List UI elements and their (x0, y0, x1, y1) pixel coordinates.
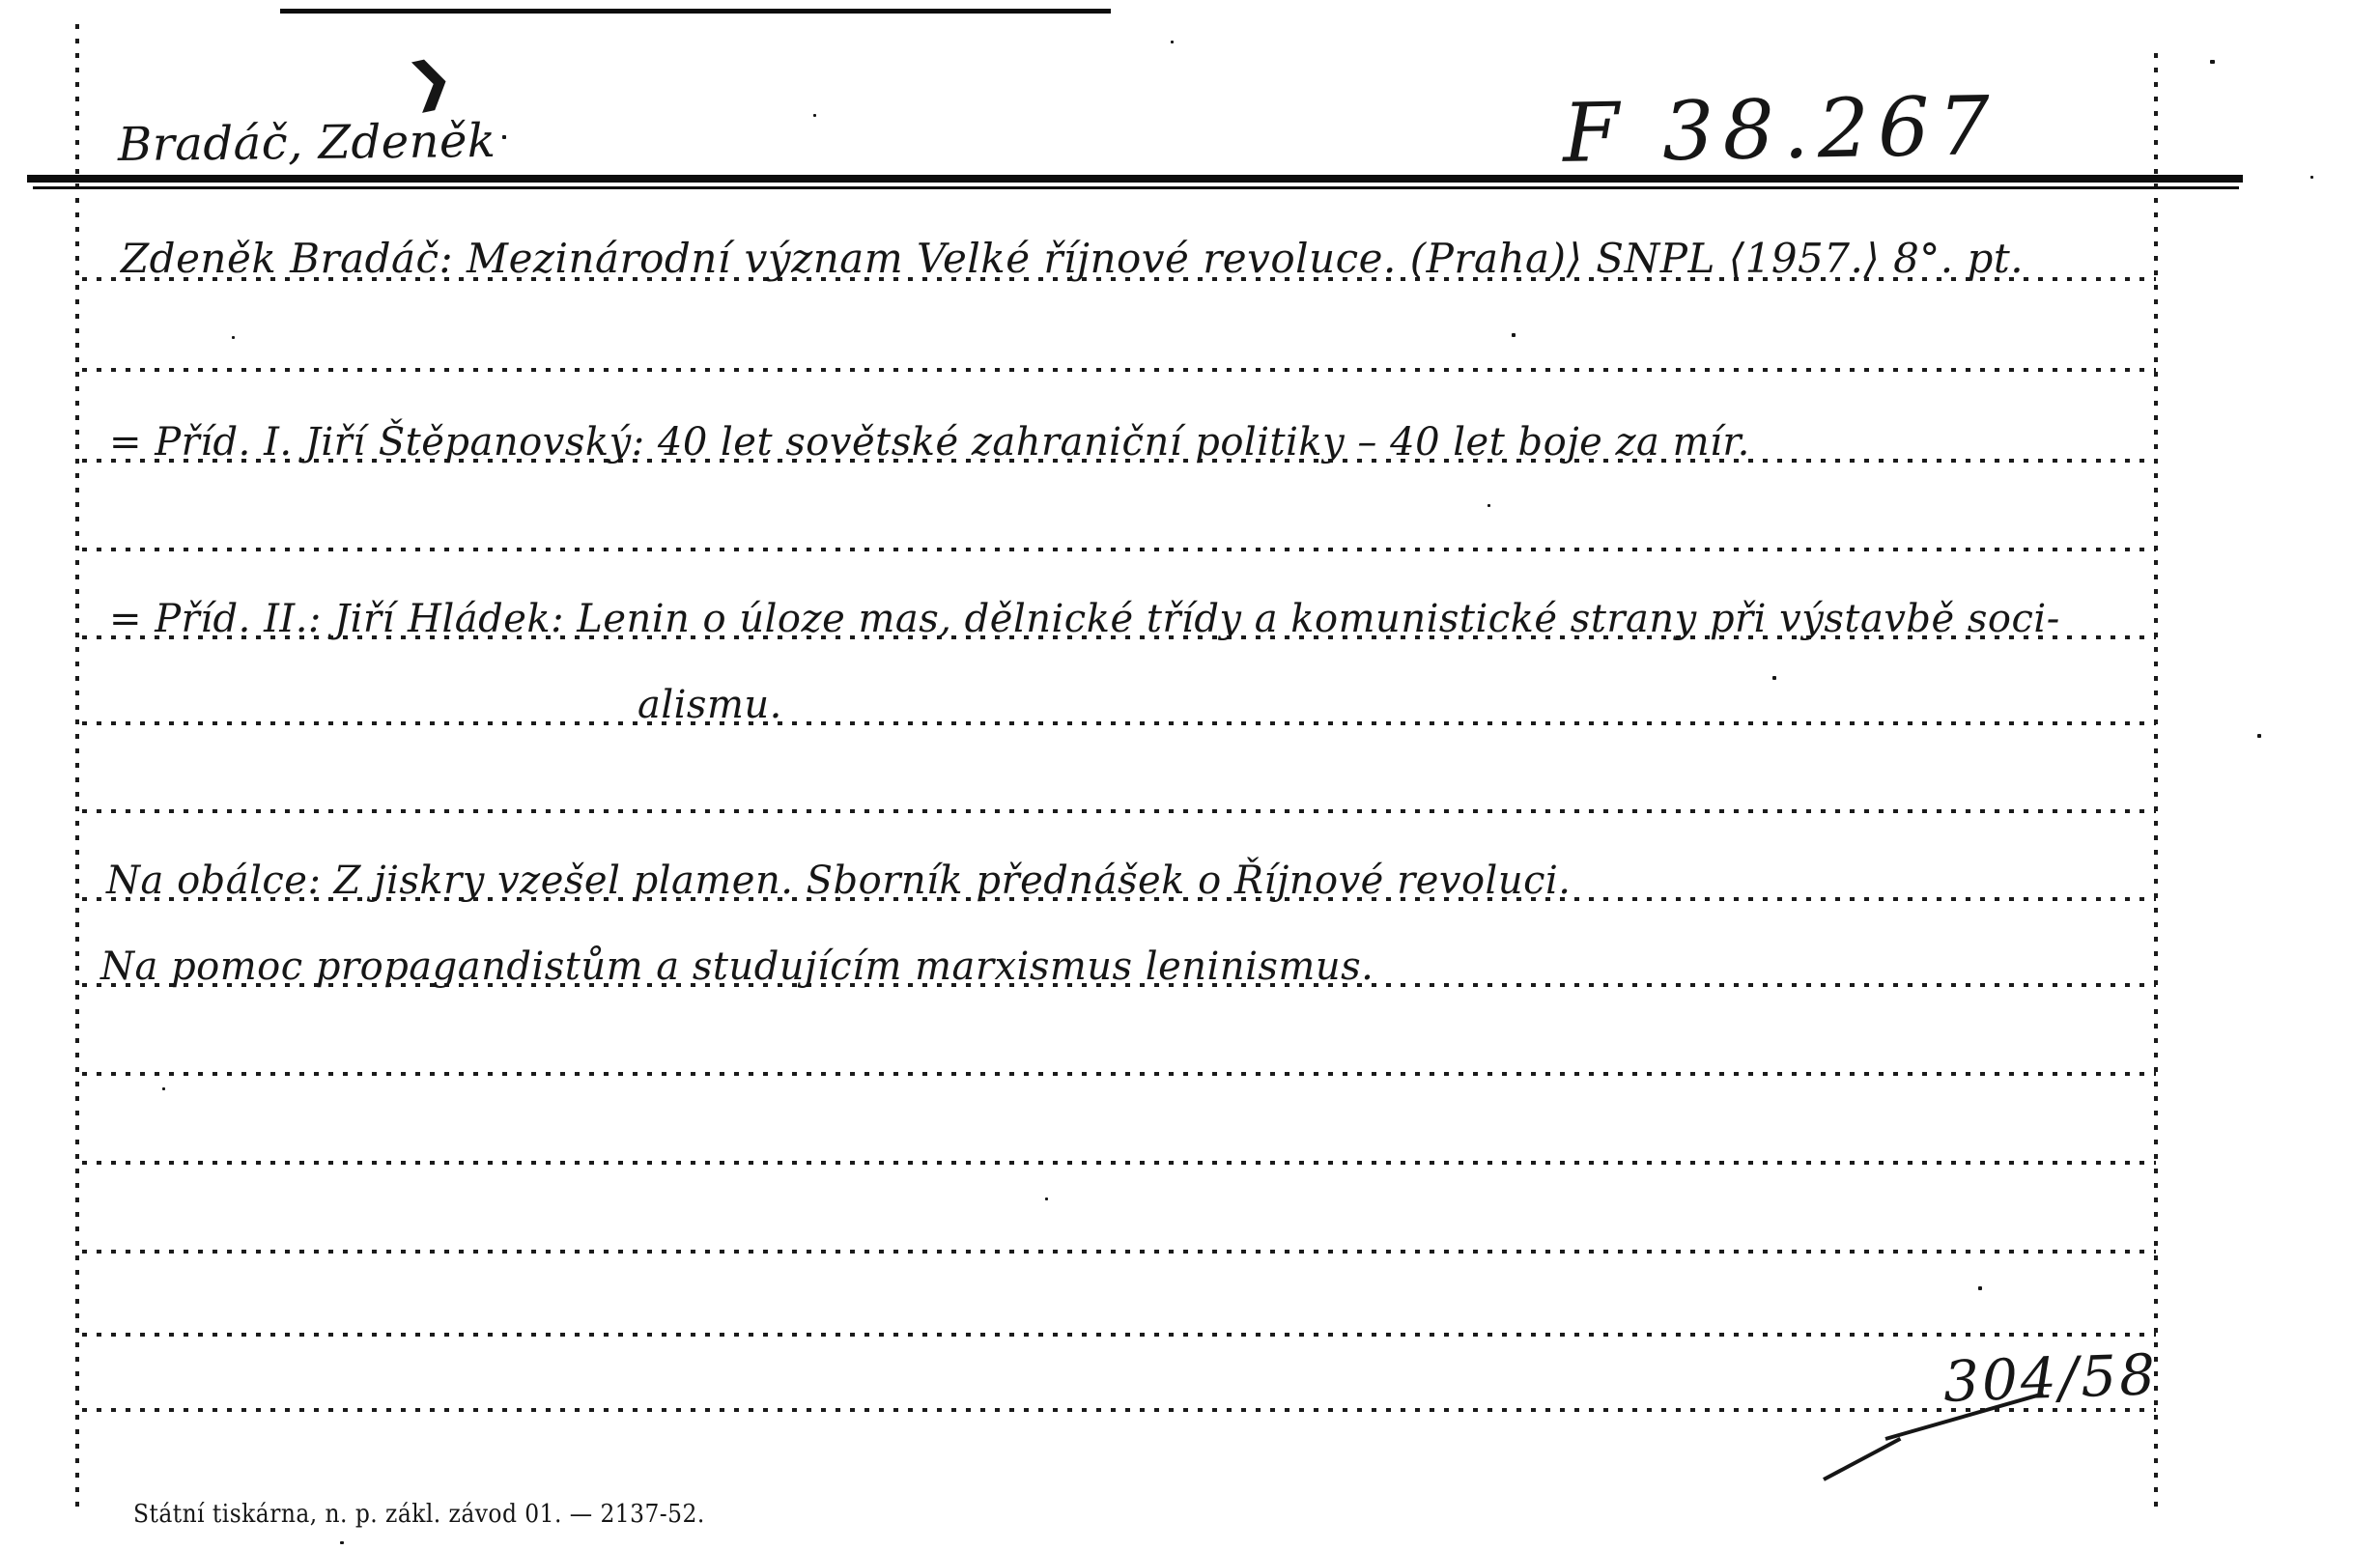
series-note-line: Na pomoc propagandistům a studujícím mar… (100, 947, 1374, 986)
scan-speck (340, 1541, 344, 1544)
accession-underline-flourish (1823, 1437, 1901, 1481)
scan-speck (162, 1087, 165, 1090)
ruled-line (82, 1161, 2156, 1165)
scan-speck (2310, 176, 2313, 179)
cover-note-line: Na obálce: Z jiskry vzešel plamen. Sborn… (106, 861, 1572, 900)
ruled-line (82, 1408, 2156, 1412)
header-rule-thick (27, 175, 2243, 183)
scan-speck (1772, 676, 1776, 680)
printer-imprint: Státní tiskárna, n. p. zákl. závod 01. —… (133, 1500, 705, 1529)
scan-speck (502, 135, 506, 139)
call-number: F 38.267 (1562, 85, 1998, 174)
accession-number: 304/58 (1942, 1346, 2159, 1410)
scan-speck (1487, 504, 1490, 507)
title-line: Zdeněk Bradáč: Mezinárodní význam Velké … (121, 239, 2024, 279)
supplement-2-line: = Příd. II.: Jiří Hládek: Lenin o úloze … (109, 600, 2060, 638)
scan-speck (1978, 1286, 1982, 1290)
scan-speck (2210, 60, 2215, 64)
scan-speck (1171, 41, 1174, 43)
supplement-2-continuation: alismu. (637, 686, 782, 724)
ruled-line (82, 1072, 2156, 1076)
scan-speck (232, 336, 235, 339)
ruled-line (82, 721, 2156, 725)
scan-speck (1512, 333, 1516, 337)
left-margin-line (75, 24, 79, 1516)
supplement-1-line: = Příd. I. Jiří Štěpanovský: 40 let sově… (109, 423, 1750, 462)
ruled-line (82, 1250, 2156, 1254)
ruled-line (82, 1333, 2156, 1337)
catalog-card: Bradáč, Zdeněk ❯ F 38.267 Zdeněk Bradáč:… (0, 0, 2380, 1550)
insertion-caret-mark: ❯ (405, 52, 457, 110)
right-margin-line (2154, 53, 2158, 1507)
ruled-line (82, 548, 2156, 551)
ruled-line (82, 809, 2156, 813)
scan-speck (1045, 1198, 1048, 1200)
header-rule-thin (33, 186, 2239, 189)
author-heading: Bradáč, Zdeněk (118, 118, 496, 168)
ruled-line (82, 368, 2156, 372)
scan-speck (2257, 734, 2261, 738)
scan-speck (813, 114, 816, 117)
scan-edge-line (280, 9, 1111, 14)
